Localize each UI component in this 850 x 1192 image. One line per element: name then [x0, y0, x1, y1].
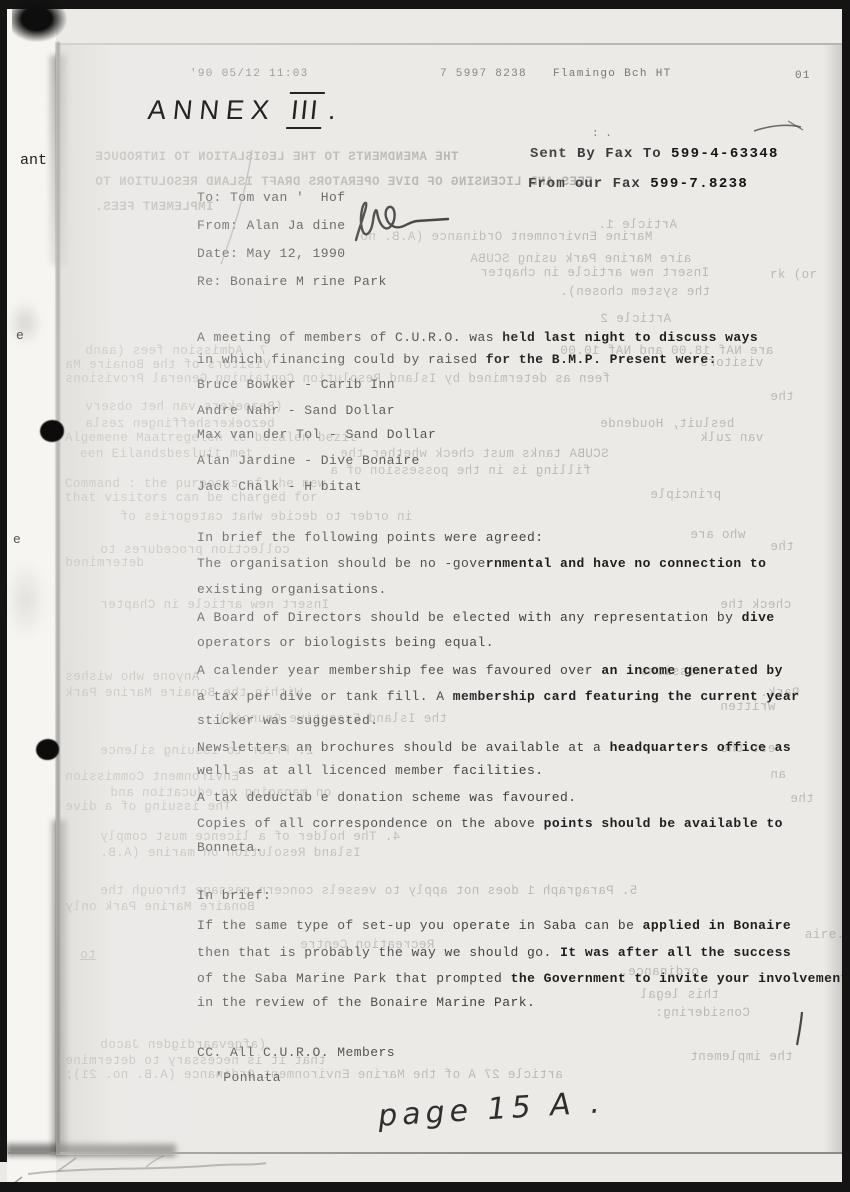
- bleedthrough-text: who are: [690, 528, 745, 542]
- bottom-scribble-1: [28, 1163, 266, 1174]
- typed-line: A Board of Directors should be elected w…: [197, 610, 775, 625]
- typed-segment-bold: dive: [742, 610, 775, 625]
- typed-segment: Flamingo Bch HT: [553, 68, 672, 80]
- typed-segment-bold: membership card featuring the current ye…: [453, 689, 800, 704]
- fax-page-number: 01: [795, 70, 811, 82]
- typed-segment-bold: headquarters office as: [610, 740, 792, 755]
- typed-segment: Max van der Tol - Sand Dollar: [197, 427, 436, 442]
- bleedthrough-text: in order to decide what categories of: [120, 510, 412, 524]
- bleedthrough-text: THE AMENDMENTS TO THE LEGISLATION TO INT…: [95, 150, 458, 164]
- memo-to: To: Tom van ' Hof: [197, 190, 346, 205]
- bleedthrough-text: Anyone who wishes: [65, 670, 199, 684]
- bleedthrough-text: this legal: [640, 988, 719, 1002]
- typed-segment: Date: May 12, 1990: [197, 246, 346, 261]
- bleedthrough-text: principle: [650, 488, 721, 502]
- memo-re: Re: Bonaire M rine Park: [197, 274, 387, 289]
- typed-segment: 7 5997 8238: [440, 68, 527, 80]
- typed-line: If the same type of set-up you operate i…: [197, 918, 791, 933]
- from-fax-line: From our Fax 599-7.8238: [528, 176, 748, 192]
- typed-segment: Sent By Fax To: [530, 146, 671, 162]
- bleedthrough-text: rk (or: [770, 268, 817, 282]
- typed-line: Bruce Bowker - Carib Inn: [197, 377, 395, 392]
- bottom-scribble-2: [58, 1158, 76, 1171]
- typed-line: operators or biologists being equal.: [197, 635, 494, 650]
- typed-segment: CC. All C.U.R.O. Members: [197, 1045, 395, 1060]
- typed-line: Copies of all correspondence on the abov…: [197, 816, 783, 831]
- paper-top-edge: [57, 43, 845, 45]
- margin-mark-1: e: [16, 328, 24, 343]
- typed-line: A meeting of members of C.U.R.O. was hel…: [197, 330, 758, 345]
- typed-segment: of the Saba Marine Park that prompted: [197, 971, 511, 986]
- typed-segment: Copies of all correspondence on the abov…: [197, 816, 544, 831]
- typed-segment: From: Alan Ja dine: [197, 218, 346, 233]
- bleedthrough-text: the: [770, 540, 794, 554]
- typed-line: In brief:: [197, 888, 271, 903]
- annex-period: .: [327, 95, 345, 125]
- page-fold-line: [56, 42, 60, 1154]
- scanner-background-strip: [7, 0, 56, 1183]
- bleedthrough-text: FEES AND LICENSING OF DIVE OPERATORS DRA…: [95, 175, 593, 189]
- bleedthrough-text: aire.: [805, 928, 845, 942]
- typed-segment: If the same type of set-up you operate i…: [197, 918, 643, 933]
- typed-segment: 01: [795, 70, 811, 82]
- memo-from: From: Alan Ja dine: [197, 218, 346, 233]
- bottom-scribble-3: [146, 1156, 164, 1167]
- stray-mark: : .: [592, 128, 612, 140]
- typed-segment-bold: points should be available to: [544, 816, 783, 831]
- typed-segment: Bruce Bowker - Carib Inn: [197, 377, 395, 392]
- sent-by-fax-line: Sent By Fax To 599-4-63348: [530, 146, 779, 162]
- fax-timestamp: '90 05/12 11:03: [190, 68, 309, 80]
- typed-segment: In brief:: [197, 888, 271, 903]
- margin-note-text: ant: [20, 152, 47, 169]
- cc-line: CC. All C.U.R.O. Members: [197, 1045, 395, 1060]
- typed-segment-bold: an income generated by: [601, 663, 783, 678]
- scan-frame-bottom: [0, 1182, 850, 1192]
- typed-segment: in the review of the Bonaire Marine Park…: [197, 995, 535, 1010]
- bleedthrough-text: Insert new article in chapter: [480, 266, 709, 280]
- memo-date: Date: May 12, 1990: [197, 246, 346, 261]
- typed-line: then that is probably the way we should …: [197, 945, 791, 960]
- typed-segment-bold: It was after all the success: [560, 945, 791, 960]
- typed-line: A tax deductab e donation scheme was fav…: [197, 790, 577, 805]
- annex-word: ANNEX: [146, 95, 277, 125]
- typed-line: Newsletters an brochures should be avail…: [197, 740, 791, 755]
- typed-segment: in which financing could by raised: [197, 352, 486, 367]
- typed-line: well as at all licenced member facilitie…: [197, 763, 544, 778]
- bleedthrough-text: IMPLEMENT FEES.: [95, 200, 214, 214]
- typed-segment-bold: rnmental and have no connection to: [486, 556, 767, 571]
- typed-segment: Bonneta.: [197, 840, 263, 855]
- typed-segment: existing organisations.: [197, 582, 387, 597]
- annex-heading: ANNEXIII.: [146, 92, 345, 129]
- typed-line: existing organisations.: [197, 582, 387, 597]
- typed-segment: sticker was suggested.: [197, 713, 379, 728]
- pen-dash: [754, 125, 801, 131]
- typed-segment: well as at all licenced member facilitie…: [197, 763, 544, 778]
- typed-segment: To: Tom van ' Hof: [197, 190, 346, 205]
- paper-bottom-edge: [8, 1152, 844, 1154]
- typed-line: a tax per dive or tank fill. A membershi…: [197, 689, 799, 704]
- annex-numeral: III: [286, 92, 324, 129]
- typed-segment: In brief the following points were agree…: [197, 530, 544, 545]
- typed-line: in which financing could by raised for t…: [197, 352, 717, 367]
- typed-line: Jack Chalk - H bitat: [197, 479, 362, 494]
- typed-segment: Alan Jardine - Dive Bonaire: [197, 453, 420, 468]
- typed-segment-bold: for the B.M.P. Present were:: [486, 352, 717, 367]
- pen-dash-tick: [788, 121, 803, 130]
- punch-hole-bottom: [36, 739, 59, 760]
- punch-hole-top: [40, 420, 64, 442]
- handwritten-page-label: page 15 A .: [377, 1085, 605, 1134]
- margin-mark-2: e: [13, 532, 21, 547]
- typed-segment: A tax deductab e donation scheme was fav…: [197, 790, 577, 805]
- pen-vertical-mark: [797, 1012, 802, 1045]
- bleedthrough-text: collection procedures to: [100, 543, 290, 557]
- typed-line: Alan Jardine - Dive Bonaire: [197, 453, 420, 468]
- typed-segment: 'Ponhata: [215, 1070, 281, 1085]
- typed-segment-bold: 599-4-63348: [671, 146, 779, 162]
- scanned-fax-page: ANNEXIII. page 15 A . ant e e : . '90 05…: [0, 0, 850, 1192]
- typed-segment: then that is probably the way we should …: [197, 945, 560, 960]
- scan-frame-left: [0, 0, 7, 1162]
- typed-segment: The organisation should be no -gove: [197, 556, 486, 571]
- bleedthrough-text: besluit, Houdende: [600, 417, 734, 431]
- typed-segment-bold: 599-7.8238: [650, 176, 748, 192]
- bleedthrough-text: to: [80, 948, 96, 962]
- scan-frame-top: [0, 0, 850, 9]
- typed-segment-bold: applied in Bonaire: [643, 918, 792, 933]
- typed-segment-bold: held last night to discuss ways: [502, 330, 758, 345]
- bleedthrough-text: Article 2: [600, 312, 671, 326]
- typed-line: Andre Nahr - Sand Dollar: [197, 403, 395, 418]
- bleedthrough-text: van zulk: [700, 431, 763, 445]
- typed-segment-bold: the Government to invite your involvemen…: [511, 971, 849, 986]
- typed-segment: Newsletters an brochures should be avail…: [197, 740, 610, 755]
- typed-segment: Jack Chalk - H bitat: [197, 479, 362, 494]
- bleedthrough-text: the: [770, 390, 794, 404]
- fax-id: 7 5997 8238: [440, 68, 527, 80]
- typed-line: sticker was suggested.: [197, 713, 379, 728]
- cc-name: 'Ponhata: [215, 1070, 281, 1085]
- scan-frame-right: [842, 0, 850, 1192]
- typed-segment: '90 05/12 11:03: [190, 68, 309, 80]
- typed-line: In brief the following points were agree…: [197, 530, 544, 545]
- bleedthrough-text: the implement: [690, 1050, 793, 1064]
- typed-segment: Re: Bonaire M rine Park: [197, 274, 387, 289]
- bleedthrough-text: Marine Environment Ordinance (A.B. no: [360, 230, 652, 244]
- bleedthrough-text: article 27 A of the Marine Environment O…: [65, 1068, 563, 1082]
- bleedthrough-text: the system chosen).: [560, 285, 710, 299]
- typed-segment: Andre Nahr - Sand Dollar: [197, 403, 395, 418]
- typed-line: in the review of the Bonaire Marine Park…: [197, 995, 535, 1010]
- typed-segment: a tax per dive or tank fill. A: [197, 689, 453, 704]
- typed-line: A calender year membership fee was favou…: [197, 663, 783, 678]
- typed-segment: A meeting of members of C.U.R.O. was: [197, 330, 502, 345]
- fax-station: Flamingo Bch HT: [553, 68, 672, 80]
- corner-ink-blob: [12, 0, 67, 42]
- typed-segment: From our Fax: [528, 176, 650, 192]
- typed-line: Bonneta.: [197, 840, 263, 855]
- bleedthrough-text: Considering:: [655, 1006, 750, 1020]
- bleedthrough-text: aire Marine Park using SCUBA: [470, 252, 691, 266]
- bleedthrough-text: determined: [65, 556, 144, 570]
- typed-line: of the Saba Marine Park that prompted th…: [197, 971, 849, 986]
- typed-line: Max van der Tol - Sand Dollar: [197, 427, 436, 442]
- bleedthrough-text: the: [790, 792, 814, 806]
- bleedthrough-text: an: [770, 768, 786, 782]
- typed-line: The organisation should be no -governmen…: [197, 556, 766, 571]
- typed-segment: A Board of Directors should be elected w…: [197, 610, 742, 625]
- typed-segment: operators or biologists being equal.: [197, 635, 494, 650]
- bleedthrough-text: 5. Paragraph 1 does not apply to vessels…: [100, 884, 637, 898]
- typed-segment: A calender year membership fee was favou…: [197, 663, 601, 678]
